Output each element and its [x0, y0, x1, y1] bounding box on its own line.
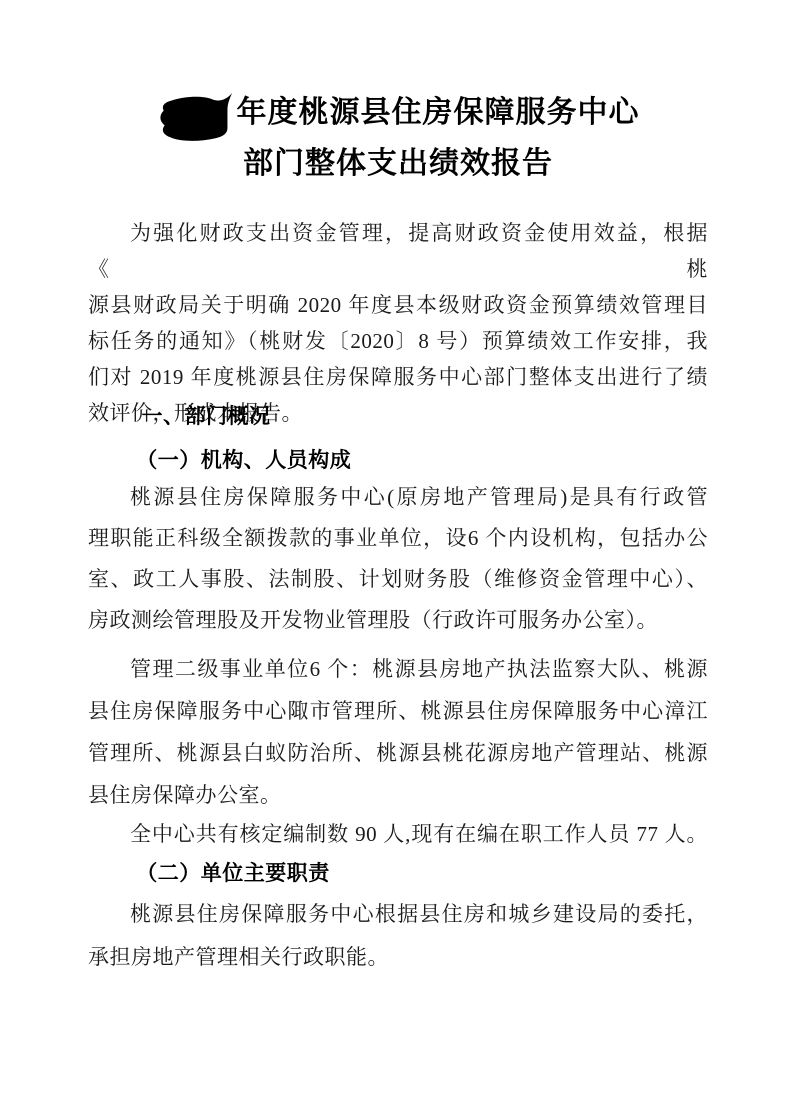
text-line: 桃源县住房保障服务中心根据县住房和城乡建设局的委托，: [88, 893, 708, 936]
text-line: 室、政工人事股、法制股、计划财务股（维修资金管理中心）、: [88, 559, 708, 600]
paragraph-duties: 桃源县住房保障服务中心根据县住房和城乡建设局的委托， 承担房地产管理相关行政职能…: [88, 893, 708, 979]
text-line: 理职能正科级全额拨款的事业单位，设6 个内设机构，包括办公: [88, 518, 708, 559]
subsection-heading-main-duties: （二）单位主要职责: [88, 853, 708, 893]
report-title: 年度桃源县住房保障服务中心 部门整体支出绩效报告: [88, 90, 708, 187]
paragraph-organization: 桃源县住房保障服务中心(原房地产管理局)是具有行政管 理职能正科级全额拨款的事业…: [88, 477, 708, 641]
subsection-heading-org-personnel: （一）机构、人员构成: [88, 440, 708, 480]
paragraph-subordinate-units: 管理二级事业单位6 个：桃源县房地产执法监察大队、桃源 县住房保障服务中心陬市管…: [88, 648, 708, 816]
title-line1-text: 年度桃源县住房保障服务中心: [237, 90, 640, 136]
text-line: 全中心共有核定编制数 90 人,现有在编在职工作人员 77 人。: [88, 814, 708, 854]
paragraph-staffing: 全中心共有核定编制数 90 人,现有在编在职工作人员 77 人。: [88, 814, 708, 854]
section-heading-department-overview: 一、部门概况: [88, 399, 708, 435]
report-title-line-1: 年度桃源县住房保障服务中心: [88, 90, 708, 141]
text-line: 房政测绘管理股及开发物业管理股（行政许可服务办公室）。: [88, 600, 708, 641]
text-line: 们对 2019 年度桃源县住房保障服务中心部门整体支出进行了绩: [88, 359, 708, 395]
document-page: 年度桃源县住房保障服务中心 部门整体支出绩效报告 为强化财政支出资金管理，提高财…: [0, 0, 794, 1108]
text-line: 承担房地产管理相关行政职能。: [88, 936, 708, 979]
text-line: 桃源县住房保障服务中心(原房地产管理局)是具有行政管: [88, 477, 708, 518]
text-line: 管理二级事业单位6 个：桃源县房地产执法监察大队、桃源: [88, 648, 708, 690]
text-line: 标任务的通知》（桃财发〔2020〕8 号）预算绩效工作安排，我: [88, 323, 708, 359]
text-line: 县住房保障办公室。: [88, 774, 708, 816]
text-line: 源县财政局关于明确 2020 年度县本级财政资金预算绩效管理目: [88, 287, 708, 323]
redacted-year-blob: [157, 93, 237, 141]
text-line: 县住房保障服务中心陬市管理所、桃源县住房保障服务中心漳江: [88, 690, 708, 732]
title-line2-text: 部门整体支出绩效报告: [88, 141, 708, 187]
text-line: 管理所、桃源县白蚁防治所、桃源县桃花源房地产管理站、桃源: [88, 732, 708, 774]
text-line: 为强化财政支出资金管理，提高财政资金使用效益，根据《桃: [88, 215, 708, 287]
